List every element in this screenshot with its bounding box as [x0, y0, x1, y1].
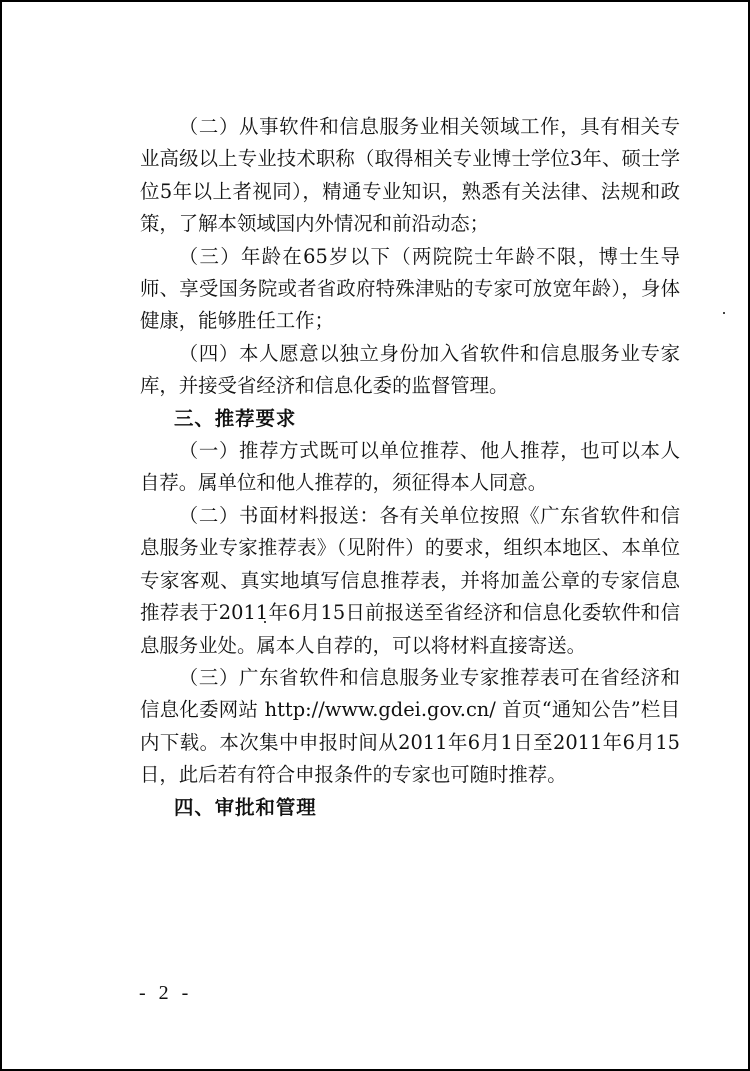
paragraph-criteria-4: （四）本人愿意以独立身份加入省软件和信息服务业专家库，并接受省经济和信息化委的监…: [140, 338, 680, 403]
scan-speck: [723, 312, 725, 314]
paragraph-written-materials: （二）书面材料报送：各有关单位按照《广东省软件和信息服务业专家推荐表》（见附件）…: [140, 500, 680, 662]
document-body: （二）从事软件和信息服务业相关领域工作，具有相关专业高级以上专业技术职称（取得相…: [140, 111, 680, 824]
paragraph-criteria-2: （二）从事软件和信息服务业相关领域工作，具有相关专业高级以上专业技术职称（取得相…: [140, 111, 680, 241]
page-number: - 2 -: [139, 982, 192, 1005]
document-page: （二）从事软件和信息服务业相关领域工作，具有相关专业高级以上专业技术职称（取得相…: [0, 0, 750, 1071]
paragraph-criteria-3: （三）年龄在65岁以下（两院院士年龄不限，博士生导师、享受国务院或者省政府特殊津…: [140, 241, 680, 338]
paragraph-form-download: （三）广东省软件和信息服务业专家推荐表可在省经济和信息化委网站 http://w…: [140, 662, 680, 792]
paragraph-recommendation-method: （一）推荐方式既可以单位推荐、他人推荐，也可以本人自荐。属单位和他人推荐的，须征…: [140, 435, 680, 500]
section-heading-approval-management: 四、审批和管理: [140, 792, 680, 824]
section-heading-recommendation-requirements: 三、推荐要求: [140, 403, 680, 435]
scan-speck: [264, 621, 266, 623]
